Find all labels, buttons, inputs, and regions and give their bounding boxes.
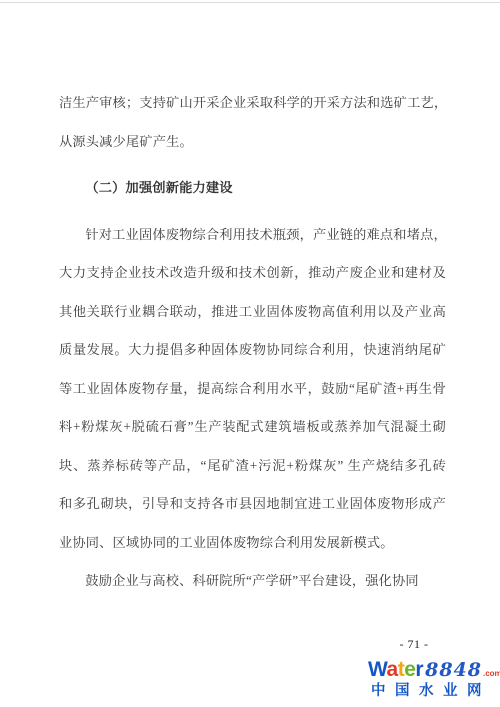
watermark-subtitle: 中国水业网 bbox=[371, 684, 494, 699]
text-line: 大力支持企业技术改造升级和技术创新，推动产废企业和建材及 bbox=[59, 254, 446, 293]
document-body: 洁生产审核；支持矿山开采企业采取科学的开采方法和选矿工艺， 从源头减少尾矿产生。… bbox=[59, 84, 446, 601]
document-page: 洁生产审核；支持矿山开采企业采取科学的开采方法和选矿工艺， 从源头减少尾矿产生。… bbox=[0, 0, 500, 707]
text-line: 和多孔砌块，引导和支持各市县因地制宜进工业固体废物形成产 bbox=[59, 485, 446, 524]
brand-tld: .com bbox=[483, 670, 500, 678]
text-line: 块、蒸养标砖等产品，“尾矿渣+污泥+粉煤灰” 生产烧结多孔砖 bbox=[59, 447, 446, 486]
text-line: 业协同、区域协同的工业固体废物综合利用发展新模式。 bbox=[59, 524, 446, 563]
text-line: 从源头减少尾矿产生。 bbox=[59, 123, 446, 162]
text-line: 其他关联行业耦合联动，推进工业固体废物高值利用以及产业高 bbox=[59, 293, 446, 332]
text-line: 质量发展。大力提倡多种固体废物协同综合利用，快速消纳尾矿 bbox=[59, 331, 446, 370]
brand-word: Water bbox=[368, 659, 423, 680]
brand-number: 8848 bbox=[425, 661, 482, 680]
section-heading: （二）加强创新能力建设 bbox=[59, 169, 446, 208]
brand-wordmark: Water 8848 .com bbox=[368, 659, 494, 680]
brand-letter: a bbox=[387, 658, 398, 681]
text-line: 料+粉煤灰+脱硫石膏”生产装配式建筑墙板或蒸养加气混凝土砌 bbox=[59, 408, 446, 447]
page-top-edge bbox=[0, 2, 500, 3]
text-line: 洁生产审核；支持矿山开采企业采取科学的开采方法和选矿工艺， bbox=[59, 84, 446, 123]
text-line: 等工业固体废物存量，提高综合利用水平，鼓励“尾矿渣+再生骨 bbox=[59, 370, 446, 409]
brand-letter: r bbox=[415, 658, 423, 681]
brand-letter: W bbox=[368, 658, 387, 681]
brand-letter: e bbox=[404, 658, 415, 681]
text-line: 鼓励企业与高校、科研院所“产学研”平台建设，强化协同 bbox=[59, 562, 446, 601]
watermark-logo: Water 8848 .com 中国水业网 bbox=[368, 659, 494, 699]
page-number: - 71 - bbox=[392, 637, 436, 652]
text-line: 针对工业固体废物综合利用技术瓶颈，产业链的难点和堵点， bbox=[59, 216, 446, 255]
